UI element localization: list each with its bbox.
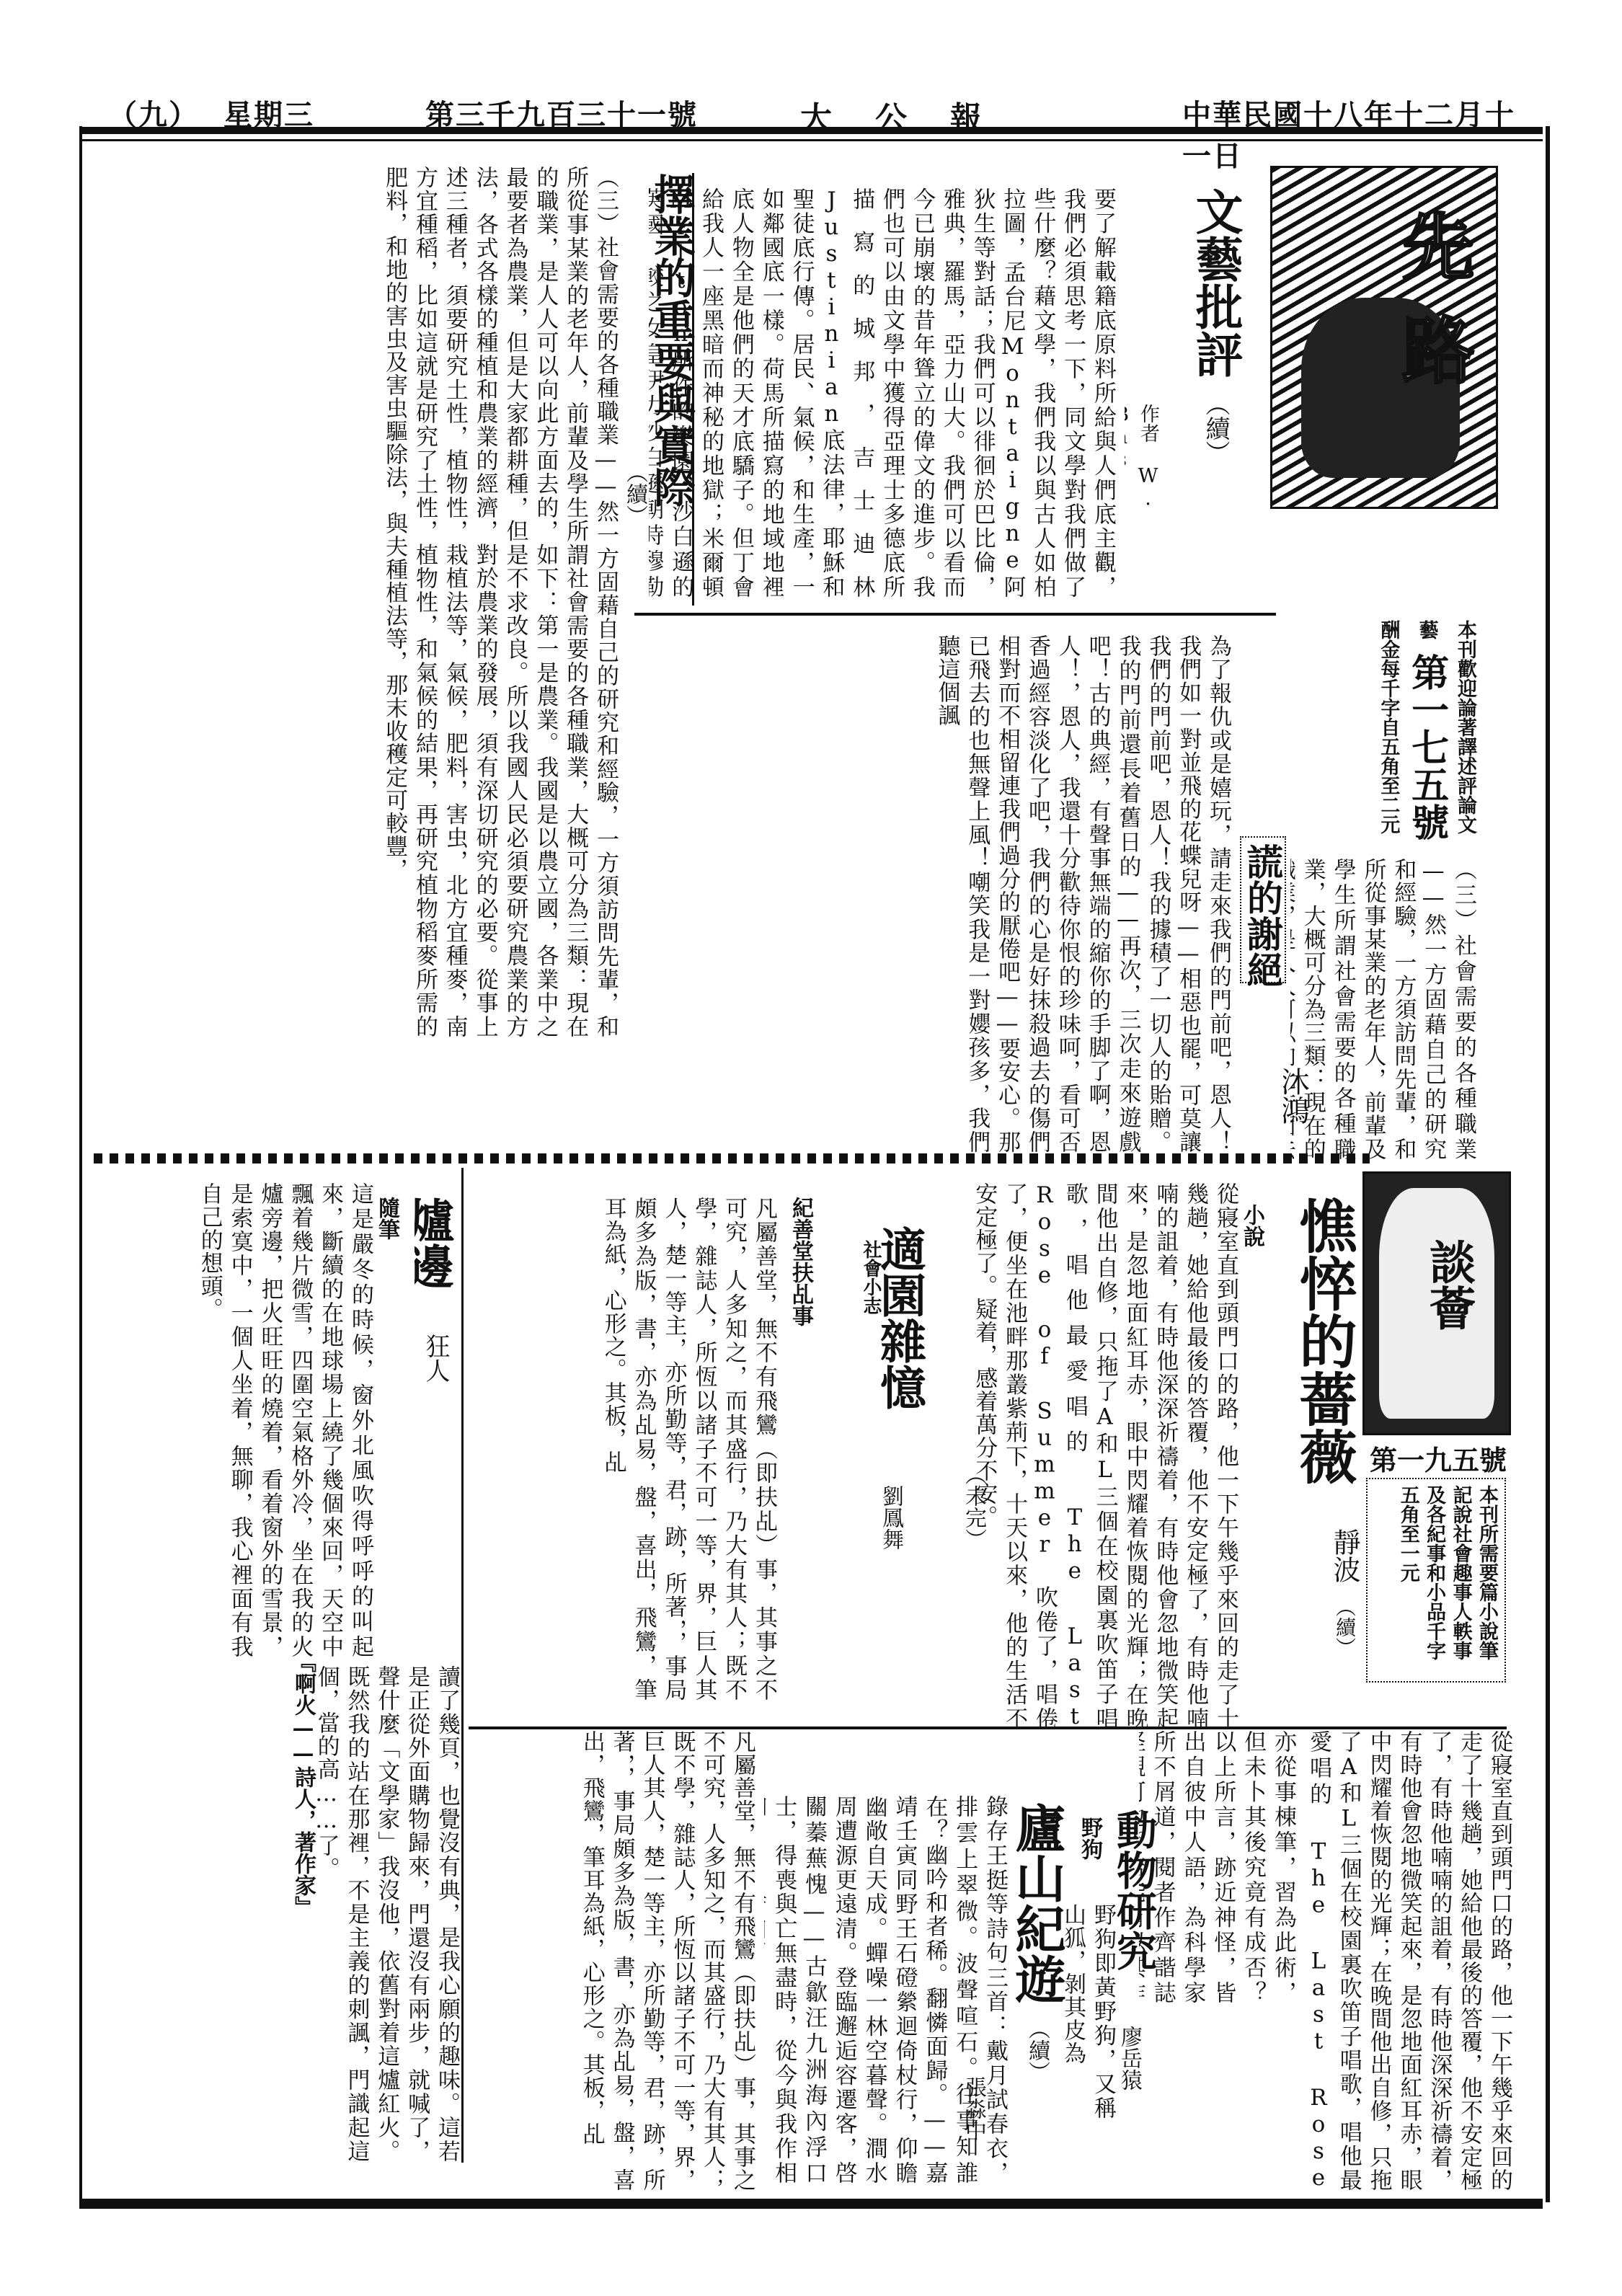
pioneer-payment: 酬金每千字自五角至二元 (1377, 620, 1399, 834)
bottom-rule (79, 2199, 1543, 2209)
haggard-rose-title: 憔悴的薔薇 (1290, 1197, 1362, 1499)
ornamental-divider (94, 1153, 1370, 1163)
garden-memories-section-tag: 社會小志 (861, 1240, 883, 1370)
career-choice-byline: （續） （醒予） (620, 461, 649, 620)
reading-issue: 第一九五號 (1362, 1438, 1514, 1474)
literary-criticism-byline: 作者 W. Basil Worsfold (1125, 404, 1161, 634)
reading-banner-title: 談薈 (1415, 1238, 1481, 1331)
animal-study-title: 動物研究 (1110, 1809, 1161, 2018)
banner-title: 先路 (1402, 190, 1496, 397)
animal-study-author: 廖岳猿 (1117, 2026, 1143, 2134)
fireside-section-tag: 隨筆 (375, 1197, 401, 1269)
end-mark: （未完） (959, 1463, 988, 1550)
continuation-note: 亦從事棟筆，習為此術，但未卜其後究竟有成否？以上所言，跡近神怪，皆出自彼中人語，… (1139, 1730, 1298, 2004)
pioneer-banner-illustration: 先路 (1270, 166, 1498, 509)
garden-memories-author: 劉鳳舞 (876, 1485, 905, 1572)
masthead: （九） 星期三 第三千九百三十一號 大公報 中華民國十八年十二月十一日 (79, 87, 1543, 130)
fireside-title: 爐邊 (415, 1197, 458, 1355)
reading-banner-illustration: 談薈 (1362, 1171, 1511, 1435)
haggard-rose-body: 從寢室直到頭門口的路，他一下午幾乎來回的走了十幾趟，她給他最後的答覆，他不安定極… (966, 1182, 1240, 1730)
fireside-body: 這是嚴冬的時候，窗外北風吹得呼呼的叫起來，斷續的在地球場上繞了幾個來回，天空中飄… (101, 1182, 375, 1658)
poem-title: 謊的謝絕 (1236, 843, 1287, 988)
engineering-column: （三）社會需要的各種職業——然一方固藉自己的研究和經驗，一方須訪問先輩，和所從事… (1290, 858, 1478, 1161)
literary-criticism-body: 要了解載籍底原料所給與人們底主觀，我們必須思考一下，同文學對我們做了些什麼？藉文… (649, 187, 1117, 598)
pioneer-issue: 第一七五號 (1405, 653, 1449, 841)
animal-study-subhead: 野狗 (1078, 1817, 1104, 1889)
pioneer-info-box: 本刊歡迎論著譯述評論文藝 第一七五號 酬金每千字自五角至二元 (1290, 620, 1478, 851)
career-choice-body: （三）社會需要的各種職業——然一方固藉自己的研究和經驗，一方須訪問先輩，和所從事… (101, 166, 620, 1038)
lushan-trip-body: 錄存王挺等詩句三首：戴月試春衣，排雲上翠微。波聲喧石。往事知誰在？幽吟和者稀。翻… (764, 1795, 1009, 2184)
fireside-author: 狂人 (425, 1334, 451, 1406)
poem-author: 沐鴻 (1283, 1067, 1312, 1153)
haggard-rose-author: 靜波 （續） (1334, 1528, 1362, 1672)
haggard-rose-section-tag: 小說 (1240, 1204, 1266, 1262)
reading-notice: 本刊所需要篇小說筆記說社會趣事人軼事及各紀事和小品千字五角至一元 (1373, 1485, 1499, 1672)
garden-memories-body: 凡屬善堂，無不有飛鸞（即扶乩）事，其事之不可究，人多知之，而其盛行，乃大有其人；… (461, 1197, 779, 1701)
column-divider (461, 1168, 464, 2163)
garden-memories-continued: 凡屬善堂，無不有飛鸞（即扶乩）事，其事之不可究，人多知之，而其盛行，乃大有其人；… (476, 1730, 757, 2191)
poem-body: 為了報仇或是嬉玩，請走來我們的門前吧，恩人！我們如一對並飛的花蝶兒呀——相惡也罷… (634, 634, 1233, 1153)
haggard-rose-continued: 從寢室直到頭門口的路，他一下午幾乎來回的走了十幾趟，她給他最後的答覆，他不安定極… (1305, 1730, 1514, 2191)
garden-memories-subhead: 紀善堂扶乩事 (786, 1197, 815, 1391)
section-rule (469, 1727, 1507, 1729)
career-choice-title: 擇業的重要與實際 (642, 173, 699, 620)
literary-criticism-title: 文藝批評 （續） (1161, 187, 1247, 620)
section-rule (634, 613, 1276, 616)
lushan-trip-title: 廬山紀遊 （續） (1013, 1802, 1071, 2119)
poet-writer-body: 讀了幾頁，也覺沒有典，是我心願的趣味。這若是正從外面購物歸來，門還沒有兩步，就喊… (101, 1665, 461, 2163)
